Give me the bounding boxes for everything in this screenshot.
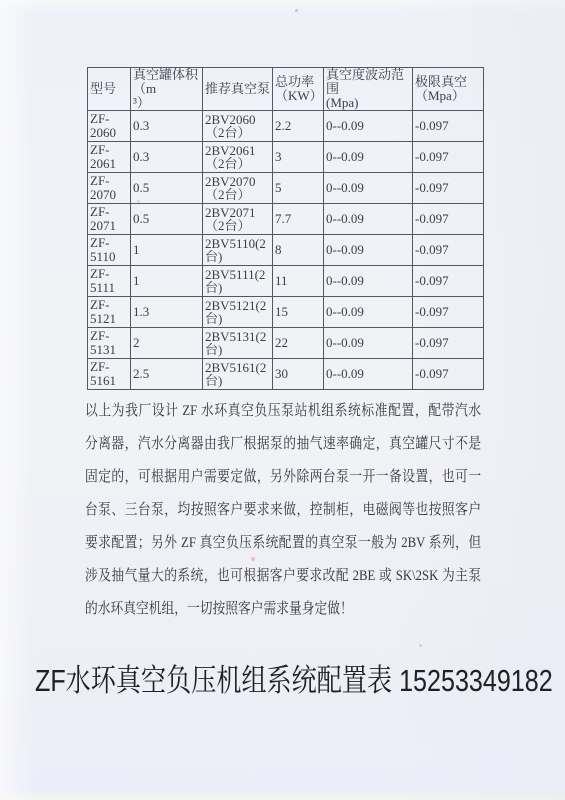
cell-power: 15: [273, 297, 324, 328]
cell-volume: 0.5: [131, 204, 203, 235]
cell-range: 0--0.09: [324, 266, 413, 297]
table-row: ZF-5161 2.5 2BV5161(2台) 30 0--0.09 -0.09…: [88, 359, 484, 390]
cell-range: 0--0.09: [324, 328, 413, 359]
cell-range: 0--0.09: [324, 204, 413, 235]
paragraph-line: 分离器，汽水分离器由我厂根据泵的抽气速率确定，真空罐尺寸不是: [85, 428, 481, 461]
cell-volume: 2.5: [131, 359, 203, 390]
cell-volume: 1: [131, 266, 203, 297]
cell-model: ZF-2061: [88, 142, 131, 173]
scan-speck: [419, 644, 422, 647]
cell-volume: 0.5: [131, 173, 203, 204]
cell-pump: 2BV2071（2台）: [203, 204, 273, 235]
header-recommended-pump: 推荐真空泵: [203, 68, 273, 111]
spec-table: 型号 真空罐体积（m ³） 推荐真空泵 总功率 （KW） 真空度波动范围 (Mp…: [87, 67, 484, 390]
cell-power: 7.7: [273, 204, 324, 235]
paragraph-line: 台泵、三台泵，均按照客户要求来做，控制柜，电磁阀等也按照客户: [85, 494, 481, 527]
cell-range: 0--0.09: [324, 142, 413, 173]
cell-range: 0--0.09: [324, 235, 413, 266]
cell-pump: 2BV5121(2台): [203, 297, 273, 328]
cell-ultimate: -0.097: [413, 142, 484, 173]
cell-volume: 2: [131, 328, 203, 359]
table-row: ZF-2071 0.5 2BV2071（2台） 7.7 0--0.09 -0.0…: [88, 204, 484, 235]
cell-power: 30: [273, 359, 324, 390]
description-paragraph: 以上为我厂设计 ZF 水环真空负压泵站机组系统标准配置，配带汽水 分离器，汽水分…: [85, 395, 481, 626]
cell-volume: 0.3: [131, 142, 203, 173]
spec-table-body: ZF-2060 0.3 2BV2060（2台） 2.2 0--0.09 -0.0…: [88, 111, 484, 390]
cell-power: 5: [273, 173, 324, 204]
header-model: 型号: [88, 68, 131, 111]
table-row: ZF-2060 0.3 2BV2060（2台） 2.2 0--0.09 -0.0…: [88, 111, 484, 142]
cell-model: ZF-5121: [88, 297, 131, 328]
cell-volume: 1.3: [131, 297, 203, 328]
table-row: ZF-5110 1 2BV5110(2台) 8 0--0.09 -0.097: [88, 235, 484, 266]
cell-power: 2.2: [273, 111, 324, 142]
paragraph-line: 要求配置；另外 ZF 真空负压系统配置的真空泵一般为 2BV 系列，但: [85, 527, 481, 560]
table-header-row: 型号 真空罐体积（m ³） 推荐真空泵 总功率 （KW） 真空度波动范围 (Mp…: [88, 68, 484, 111]
cell-power: 3: [273, 142, 324, 173]
cell-pump: 2BV5110(2台): [203, 235, 273, 266]
cell-volume: 0.3: [131, 111, 203, 142]
header-vacuum-range: 真空度波动范围 (Mpa): [324, 68, 413, 111]
header-tank-volume: 真空罐体积（m ³）: [131, 68, 203, 111]
cell-ultimate: -0.097: [413, 111, 484, 142]
footer-title: ZF水环真空负压机组系统配置表 15253349182: [35, 661, 553, 701]
cell-model: ZF-5131: [88, 328, 131, 359]
header-ultimate-vacuum: 极限真空 （Mpa）: [413, 68, 484, 111]
cell-ultimate: -0.097: [413, 266, 484, 297]
cell-model: ZF-5110: [88, 235, 131, 266]
cell-volume: 1: [131, 235, 203, 266]
scan-speck: [295, 9, 298, 12]
cell-ultimate: -0.097: [413, 235, 484, 266]
cell-power: 22: [273, 328, 324, 359]
paragraph-line: 涉及抽气量大的系统，也可根据客户要求改配 2BE 或 SK\2SK 为主泵: [85, 560, 481, 593]
cell-model: ZF-2070: [88, 173, 131, 204]
cell-pump: 2BV2060（2台）: [203, 111, 273, 142]
cell-model: ZF-5161: [88, 359, 131, 390]
cell-range: 0--0.09: [324, 297, 413, 328]
cell-pump: 2BV2070（2台）: [203, 173, 273, 204]
cell-ultimate: -0.097: [413, 328, 484, 359]
paragraph-line: 固定的，可根据用户需要定做，另外除两台泵一开一备设置，也可一: [85, 461, 481, 494]
spec-table-header: 型号 真空罐体积（m ³） 推荐真空泵 总功率 （KW） 真空度波动范围 (Mp…: [88, 68, 484, 111]
cell-pump: 2BV5161(2台): [203, 359, 273, 390]
cell-power: 11: [273, 266, 324, 297]
cell-range: 0--0.09: [324, 359, 413, 390]
cell-range: 0--0.09: [324, 111, 413, 142]
cell-model: ZF-5111: [88, 266, 131, 297]
cell-ultimate: -0.097: [413, 204, 484, 235]
table-row: ZF-2061 0.3 2BV2061（2台） 3 0--0.09 -0.097: [88, 142, 484, 173]
cell-model: ZF-2060: [88, 111, 131, 142]
cell-range: 0--0.09: [324, 173, 413, 204]
cell-pump: 2BV5111(2台): [203, 266, 273, 297]
table-row: ZF-2070 0.5 2BV2070（2台） 5 0--0.09 -0.097: [88, 173, 484, 204]
scanned-document-page: 型号 真空罐体积（m ³） 推荐真空泵 总功率 （KW） 真空度波动范围 (Mp…: [0, 0, 565, 800]
cell-model: ZF-2071: [88, 204, 131, 235]
table-row: ZF-5111 1 2BV5111(2台) 11 0--0.09 -0.097: [88, 266, 484, 297]
paragraph-line: 的水环真空机组，一切按照客户需求量身定做！: [85, 593, 481, 626]
table-row: ZF-5121 1.3 2BV5121(2台) 15 0--0.09 -0.09…: [88, 297, 484, 328]
paragraph-line: 以上为我厂设计 ZF 水环真空负压泵站机组系统标准配置，配带汽水: [85, 395, 481, 428]
cell-ultimate: -0.097: [413, 173, 484, 204]
table-row: ZF-5131 2 2BV5131(2台) 22 0--0.09 -0.097: [88, 328, 484, 359]
header-total-power: 总功率 （KW）: [273, 68, 324, 111]
cell-ultimate: -0.097: [413, 297, 484, 328]
cell-pump: 2BV2061（2台）: [203, 142, 273, 173]
cell-power: 8: [273, 235, 324, 266]
cell-ultimate: -0.097: [413, 359, 484, 390]
cell-pump: 2BV5131(2台): [203, 328, 273, 359]
